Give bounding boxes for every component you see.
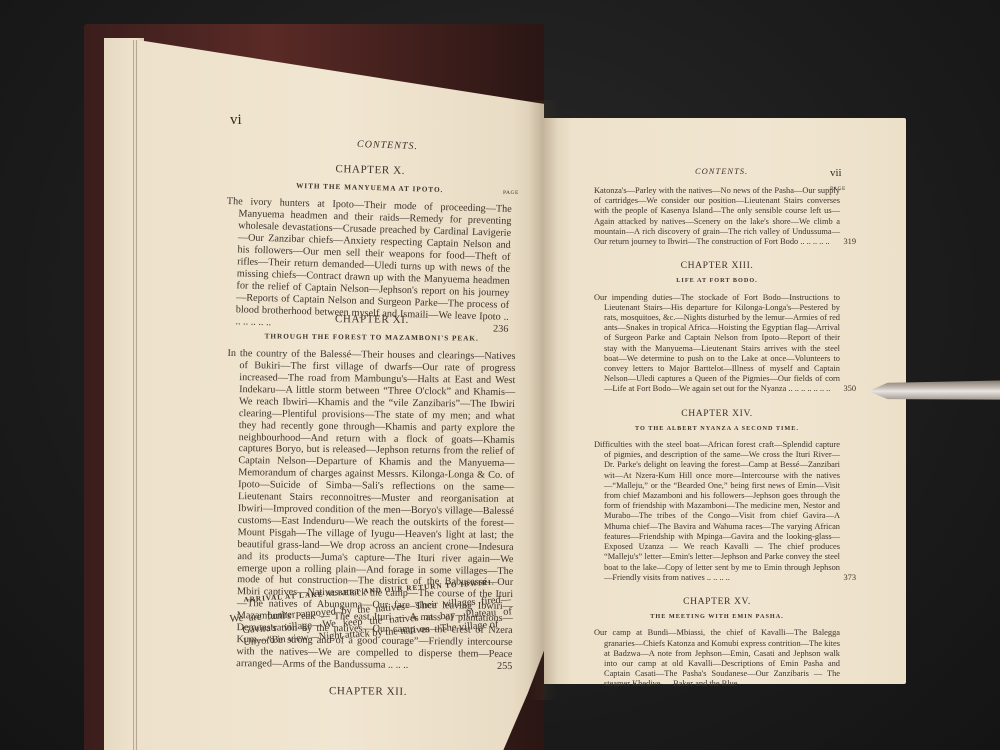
page-column-label: PAGE (503, 190, 519, 196)
right-contents: Katonza's—Parley with the natives—No new… (594, 186, 840, 704)
chapter-number: CHAPTER XIII. (594, 261, 840, 271)
chapter-number: CHAPTER XI. (228, 312, 516, 328)
page-number: 350 (849, 384, 856, 394)
chapter-title: THROUGH THE FOREST TO MAZAMBONI'S PEAK. (228, 330, 516, 346)
chapter-summary: Our impending duties—The stockade of For… (594, 293, 840, 395)
page-number: 255 (505, 661, 512, 673)
chapter-number: CHAPTER XV. (594, 597, 840, 607)
page-number: 373 (849, 573, 856, 583)
chapter-number: CHAPTER XII. (224, 684, 512, 700)
folio-left: vi (230, 112, 242, 129)
gutter-shadow (528, 100, 558, 700)
running-head-left: CONTENTS. (357, 139, 418, 152)
chapter-xv: CHAPTER XV. THE MEETING WITH EMIN PASHA.… (594, 597, 840, 690)
chapter-title: WITH THE MANYUEMA AT IPOTO. (227, 178, 512, 199)
chapter-title: TO THE ALBERT NYANZA A SECOND TIME. (594, 424, 840, 434)
chapter-number: CHAPTER XIV. (594, 409, 840, 419)
running-head-right: CONTENTS. (695, 166, 748, 176)
folio-right: vii (830, 167, 842, 179)
chapter-xiv: CHAPTER XIV. TO THE ALBERT NYANZA A SECO… (594, 409, 840, 583)
chapter-xiii: CHAPTER XIII. LIFE AT FORT BODO. Our imp… (594, 261, 840, 394)
chapter-title: THE MEETING WITH EMIN PASHA. (594, 612, 840, 622)
chapter-xii-continuation: Katonza's—Parley with the natives—No new… (594, 186, 840, 247)
chapter-title: LIFE AT FORT BODO. (594, 276, 840, 286)
chapter-x: CHAPTER X. WITH THE MANYUEMA AT IPOTO. T… (223, 160, 513, 336)
chapter-summary: Difficulties with the steel boat—African… (594, 440, 840, 583)
chapter-summary: Our camp at Bundi—Mbiassi, the chief of … (594, 628, 840, 689)
page-number: 319 (839, 237, 856, 247)
